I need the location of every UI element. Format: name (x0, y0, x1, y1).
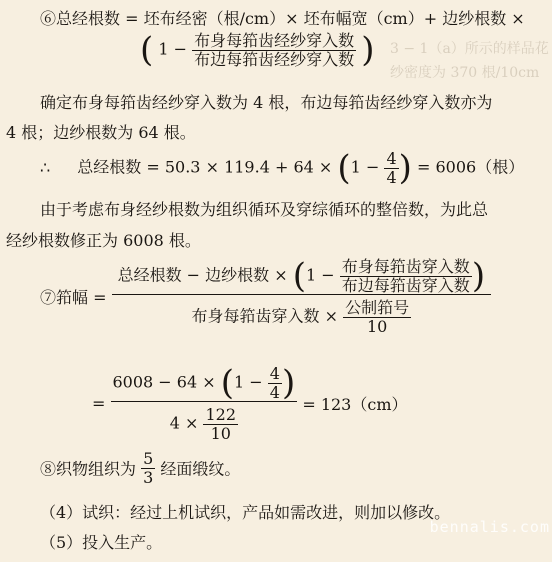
fraction-denominator: 10 (365, 318, 389, 336)
item6-formula-line2: ( 1 − 布身每筘齿经纱穿入数 布边每筘齿经纱穿入数 ) (140, 32, 375, 68)
one-minus: 1 − (158, 40, 187, 59)
fraction-denominator: 4 (268, 384, 282, 402)
one-minus: 1 − (306, 266, 335, 285)
item8-prefix: ⑧织物组织为 (40, 460, 136, 479)
show-through-text: 3 − 1（a）所示的样品花 (390, 38, 549, 58)
fraction-denominator: 布边每筘齿经纱穿入数 (192, 51, 356, 69)
item7-formula: ⑦筘幅 = 总经根数 − 边纱根数 × (1 − 布身每筘齿穿入数 布边每筘齿穿… (40, 258, 491, 335)
calc2-numerator: 6008 − 64 × (1 − 4 4 ) (111, 365, 298, 402)
step-5: （5）投入生产。 (40, 530, 162, 553)
item8-suffix: 经面缎纹。 (160, 460, 240, 479)
paragraph-2-line-1: 由于考虑布身经纱根数为组织循环及穿综循环的整倍数，为此总 (40, 197, 488, 220)
show-through-text: 纱密度为 370 根/10cm (390, 62, 539, 82)
close-paren: ) (361, 30, 374, 70)
therefore-symbol: ∴ (40, 158, 50, 177)
fraction-denominator: 3 (141, 469, 155, 487)
watermark: bennalis.com (430, 518, 550, 536)
paragraph-1-line-2: 4 根；边纱根数为 64 根。 (6, 120, 196, 143)
calc2-denominator: 4 × 122 10 (168, 402, 240, 442)
fraction-numerator: 5 (141, 450, 155, 469)
big-denominator: 布身每筘齿穿入数 × 公制筘号 10 (190, 295, 414, 335)
step-4: （4）试织：经过上机试织，产品如需改进，则加以修改。 (40, 500, 450, 523)
inner-fraction: 布身每筘齿穿入数 布边每筘齿穿入数 (340, 258, 472, 294)
document-page: 3 − 1（a）所示的样品花 纱密度为 370 根/10cm ⑥总经根数 = 坯… (0, 0, 552, 562)
fraction-numerator: 4 (384, 150, 398, 169)
calc-left: 总经根数 = 50.3 × 119.4 + 64 × (77, 158, 332, 177)
numerator-left: 6008 − 64 × (113, 373, 216, 392)
fraction-numerator: 4 (268, 365, 282, 384)
fraction-denominator: 布边每筘齿穿入数 (340, 277, 472, 295)
calc-reed-width: = 6008 − 64 × (1 − 4 4 ) 4 × 122 10 = 12… (92, 365, 408, 442)
fraction-numerator: 布身每筘齿经纱穿入数 (192, 32, 356, 51)
fraction: 4 4 (384, 150, 398, 186)
fraction-numerator: 布身每筘齿穿入数 (340, 258, 472, 277)
fraction-numerator: 122 (203, 406, 238, 425)
numerator-left: 总经根数 − 边纱根数 × (118, 266, 288, 285)
paragraph-2-line-2: 经纱根数修正为 6008 根。 (6, 228, 201, 251)
open-paren: ( (140, 30, 153, 70)
item8-weave: ⑧织物组织为 5 3 经面缎纹。 (40, 450, 240, 486)
fraction: 122 10 (203, 406, 238, 442)
fraction-numerator: 公制筘号 (343, 299, 411, 318)
paragraph-1-line-1: 确定布身每筘齿经纱穿入数为 4 根，布边每筘齿经纱穿入数亦为 (40, 90, 492, 113)
satin-fraction: 5 3 (141, 450, 155, 486)
denominator-left: 布身每筘齿穿入数 × (192, 307, 339, 326)
item7-big-fraction: 总经根数 − 边纱根数 × (1 − 布身每筘齿穿入数 布边每筘齿穿入数 ) 布… (112, 258, 491, 335)
big-numerator: 总经根数 − 边纱根数 × (1 − 布身每筘齿穿入数 布边每筘齿穿入数 ) (112, 258, 491, 295)
fraction: 4 4 (268, 365, 282, 401)
item6-formula-line1: ⑥总经根数 = 坯布经密（根/cm）× 坯布幅宽（cm）+ 边纱根数 × (40, 6, 525, 29)
reed-fraction: 公制筘号 10 (343, 299, 411, 335)
calc-result: = 123（cm） (302, 395, 407, 414)
fraction-denominator: 10 (209, 425, 233, 443)
one-minus: 1 − (234, 373, 263, 392)
item7-label: ⑦筘幅 = (40, 288, 107, 307)
calc-total-warp: ∴ 总经根数 = 50.3 × 119.4 + 64 × (1 − 4 4 ) … (40, 150, 524, 186)
fraction-denominator: 4 (384, 169, 398, 187)
one-minus: 1 − (351, 158, 380, 177)
calc2-fraction: 6008 − 64 × (1 − 4 4 ) 4 × 122 10 (111, 365, 298, 442)
item6-fraction: 布身每筘齿经纱穿入数 布边每筘齿经纱穿入数 (192, 32, 356, 68)
denominator-left: 4 × (170, 414, 199, 433)
equals: = (92, 394, 105, 413)
calc-result: = 6006（根） (417, 158, 524, 177)
